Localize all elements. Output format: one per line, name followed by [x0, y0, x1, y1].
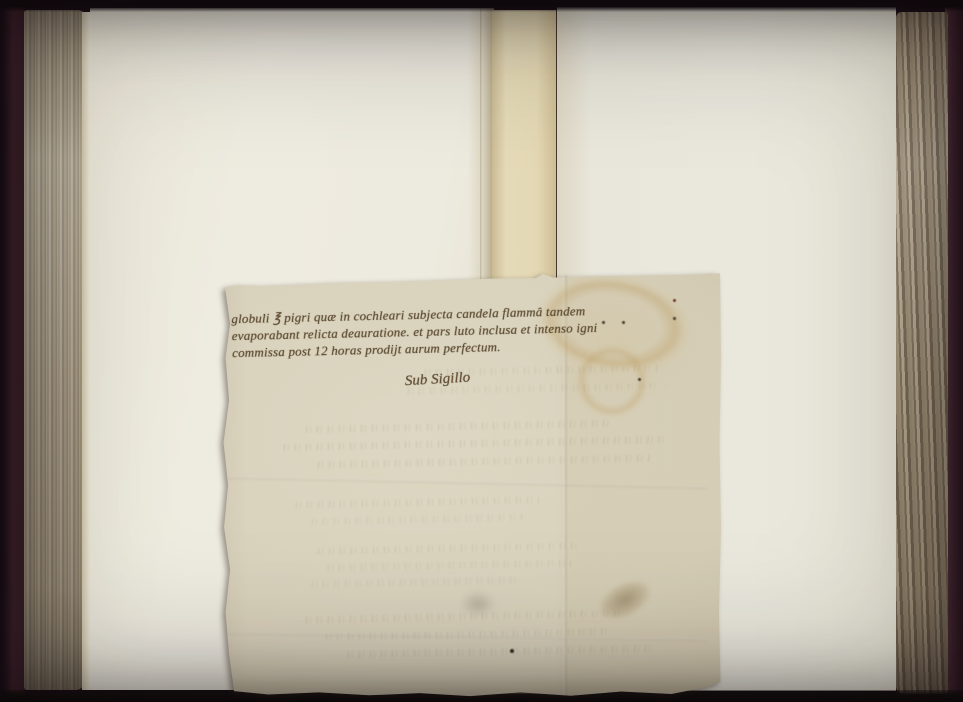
manuscript-text-block: globuli ℥ pigri quæ in cochleari subject… [231, 300, 693, 389]
textblock-fore-edge-right [896, 12, 948, 694]
top-shadow [0, 0, 963, 12]
textblock-fore-edge-left [24, 10, 84, 690]
book-cover-left-board [3, 4, 25, 698]
manuscript-leaf-wrapper: globuli ℥ pigri quæ in cochleari subject… [218, 273, 722, 697]
photograph-open-book: globuli ℥ pigri quæ in cochleari subject… [0, 0, 963, 702]
